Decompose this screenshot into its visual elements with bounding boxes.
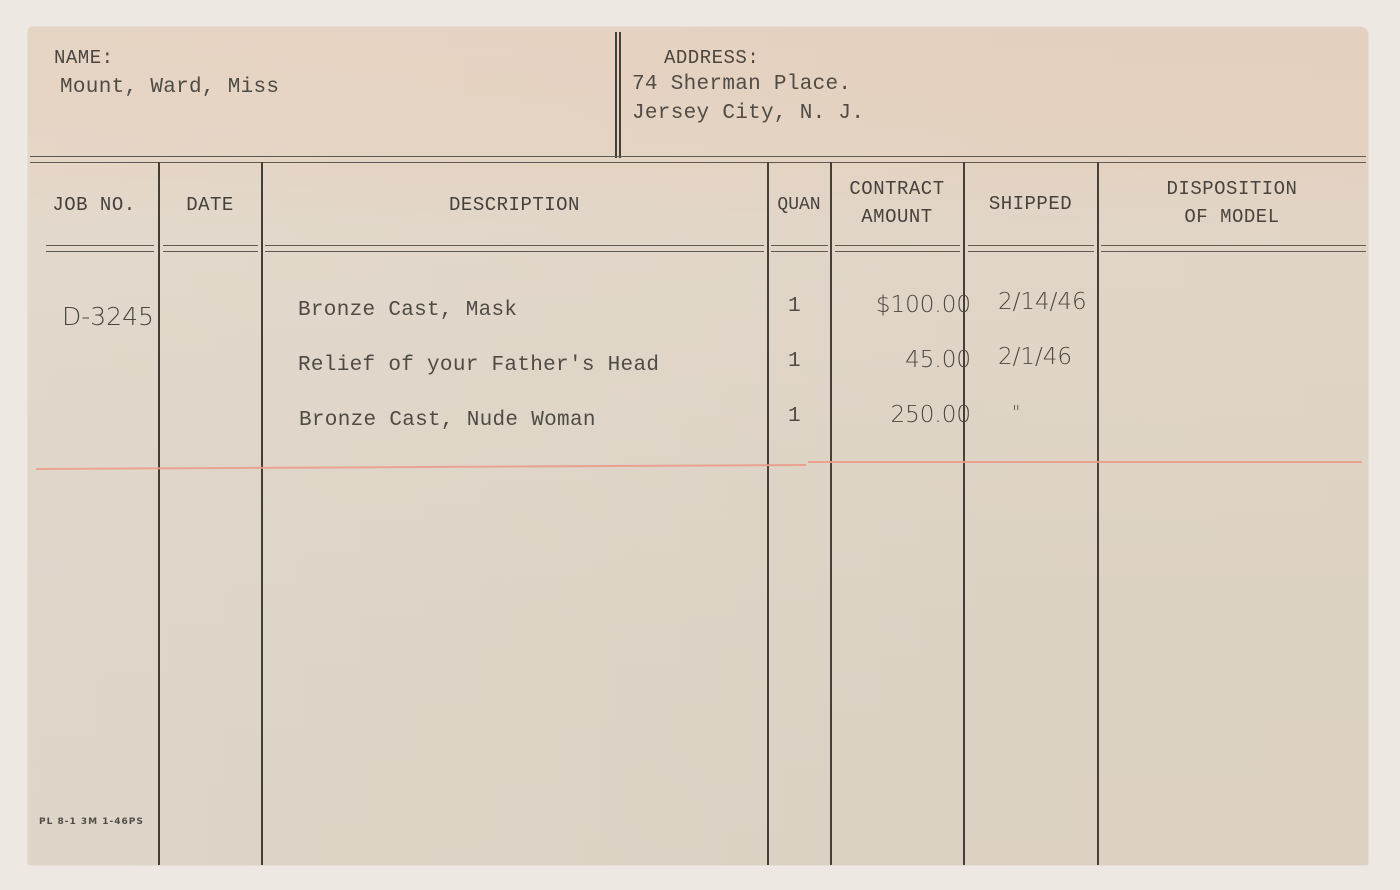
address-divider-1 [615, 32, 617, 158]
col-divider-shipped-disposition [1097, 162, 1099, 865]
row-description: Bronze Cast, Mask [298, 299, 517, 322]
job-number: D-3245 [62, 302, 154, 331]
header-amount: AMOUNT [831, 203, 963, 231]
header-disposition: DISPOSITION OF MODEL [1098, 175, 1366, 231]
header-rule-disposition [1101, 245, 1366, 252]
header-rule-quan [771, 245, 828, 252]
row-shipped: 2/14/46 [998, 289, 1087, 315]
row-amount: 45.00 [831, 347, 971, 373]
row-amount: 250.00 [831, 402, 971, 428]
header-description: DESCRIPTION [262, 191, 767, 219]
header-rule-shipped [968, 245, 1094, 252]
row-description: Relief of your Father's Head [298, 354, 659, 377]
header-rule-amount [835, 245, 960, 252]
address-line-1: 74 Sherman Place. [632, 73, 851, 96]
red-total-rule-right [808, 461, 1362, 463]
row-quan: 1 [788, 295, 801, 318]
address-line-2: Jersey City, N. J. [632, 102, 864, 125]
row-description: Bronze Cast, Nude Woman [299, 409, 596, 432]
col-divider-desc-quan [767, 162, 769, 865]
col-divider-quan-amount [830, 162, 832, 865]
col-divider-amount-shipped [963, 162, 965, 865]
form-code: PL 8-1 3M 1-46PS [39, 817, 144, 827]
row-shipped: " [1012, 402, 1020, 423]
col-divider-date-desc [261, 162, 263, 865]
header-date: DATE [159, 191, 261, 219]
col-divider-job-date [158, 162, 160, 865]
header-rule-date [163, 245, 258, 252]
name-value: Mount, Ward, Miss [60, 76, 279, 99]
header-top-rule [30, 156, 1366, 163]
address-divider-2 [619, 32, 621, 158]
header-contract: CONTRACT [831, 175, 963, 203]
header-rule-job [46, 245, 154, 252]
header-disposition-line1: DISPOSITION [1098, 175, 1366, 203]
header-rule-description [265, 245, 764, 252]
address-label: ADDRESS: [664, 47, 759, 69]
header-contract-amount: CONTRACT AMOUNT [831, 175, 963, 231]
row-quan: 1 [788, 350, 801, 373]
header-disposition-line2: OF MODEL [1098, 203, 1366, 231]
red-total-rule-left [36, 464, 806, 470]
row-amount: $100.00 [831, 292, 971, 318]
header-quan: QUAN [768, 191, 830, 219]
record-card: NAME: Mount, Ward, Miss ADDRESS: 74 Sher… [28, 27, 1368, 865]
header-shipped: SHIPPED [964, 190, 1097, 218]
header-job-no: JOB NO. [30, 191, 158, 219]
row-shipped: 2/1/46 [998, 344, 1072, 370]
row-quan: 1 [788, 405, 801, 428]
name-label: NAME: [54, 47, 114, 69]
